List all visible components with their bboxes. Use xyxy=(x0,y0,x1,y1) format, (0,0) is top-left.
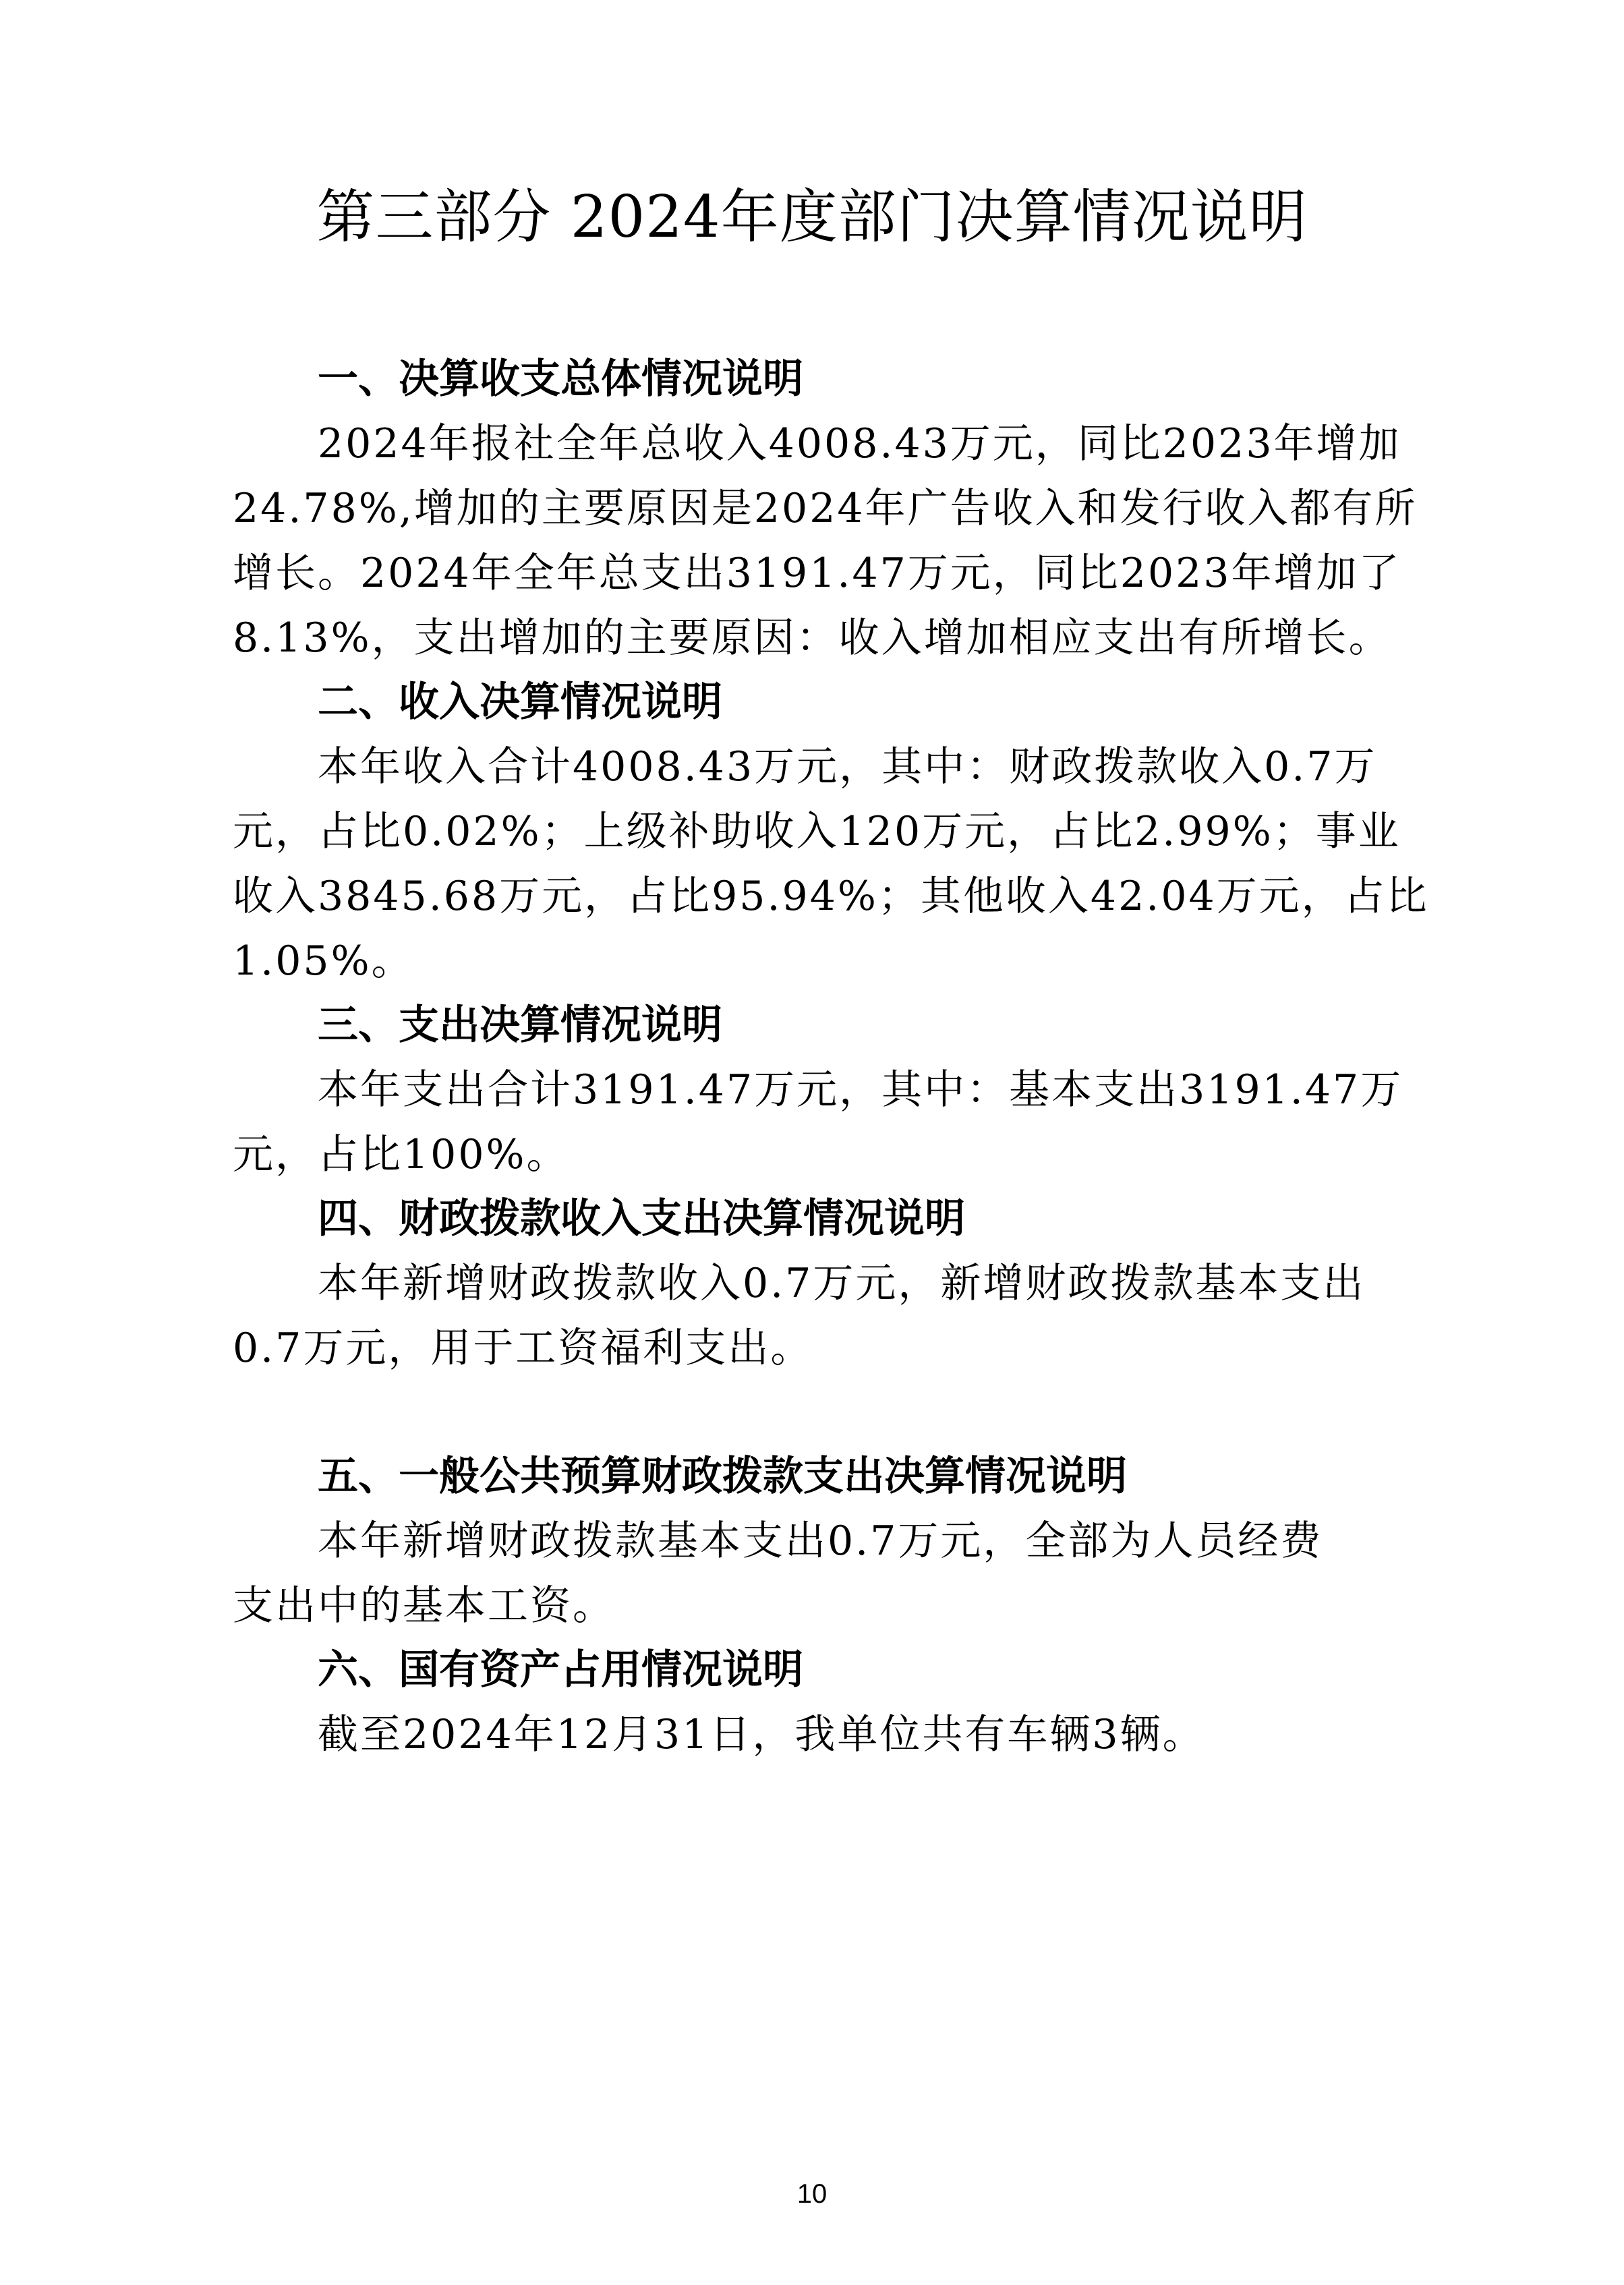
section-state-assets: 六、国有资产占用情况说明 截至2024年12月31日，我单位共有车辆3辆。 xyxy=(233,1638,1440,1767)
section-overall-summary: 一、决算收支总体情况说明 2024年报社全年总收入4008.43万元，同比202… xyxy=(233,347,1440,670)
document-page: 第三部分 2024年度部门决算情况说明 一、决算收支总体情况说明 2024年报社… xyxy=(0,0,1624,2285)
section-expenditure: 三、支出决算情况说明 本年支出合计3191.47万元，其中：基本支出3191.4… xyxy=(233,993,1440,1187)
section-heading: 三、支出决算情况说明 xyxy=(233,993,1440,1058)
paragraph-line: 截至2024年12月31日，我单位共有车辆3辆。 xyxy=(233,1702,1440,1767)
section-heading: 一、决算收支总体情况说明 xyxy=(233,347,1440,411)
paragraph-line: 本年支出合计3191.47万元，其中：基本支出3191.47万 xyxy=(233,1058,1440,1122)
section-heading: 二、收入决算情况说明 xyxy=(233,670,1440,734)
paragraph-line: 8.13%，支出增加的主要原因：收入增加相应支出有所增长。 xyxy=(233,606,1440,670)
paragraph-line: 2024年报社全年总收入4008.43万元，同比2023年增加 xyxy=(233,411,1440,476)
section-heading: 五、一般公共预算财政拨款支出决算情况说明 xyxy=(233,1445,1440,1509)
section-paragraph: 截至2024年12月31日，我单位共有车辆3辆。 xyxy=(233,1702,1440,1767)
document-body: 一、决算收支总体情况说明 2024年报社全年总收入4008.43万元，同比202… xyxy=(233,347,1440,1767)
section-heading: 四、财政拨款收入支出决算情况说明 xyxy=(233,1187,1440,1251)
paragraph-line: 1.05%。 xyxy=(233,929,1440,993)
paragraph-line: 本年收入合计4008.43万元，其中：财政拨款收入0.7万 xyxy=(233,734,1440,799)
section-paragraph: 2024年报社全年总收入4008.43万元，同比2023年增加 24.78%,增… xyxy=(233,411,1440,670)
paragraph-line: 元，占比0.02%；上级补助收入120万元，占比2.99%；事业 xyxy=(233,799,1440,864)
spacer xyxy=(233,1381,1440,1445)
paragraph-line: 元，占比100%。 xyxy=(233,1122,1440,1187)
section-paragraph: 本年新增财政拨款基本支出0.7万元，全部为人员经费 支出中的基本工资。 xyxy=(233,1509,1440,1638)
paragraph-line: 0.7万元，用于工资福利支出。 xyxy=(233,1316,1440,1381)
paragraph-line: 本年新增财政拨款收入0.7万元，新增财政拨款基本支出 xyxy=(233,1251,1440,1316)
paragraph-line: 收入3845.68万元，占比95.94%；其他收入42.04万元，占比 xyxy=(233,864,1440,929)
section-fiscal-appropriation: 四、财政拨款收入支出决算情况说明 本年新增财政拨款收入0.7万元，新增财政拨款基… xyxy=(233,1187,1440,1381)
paragraph-line: 支出中的基本工资。 xyxy=(233,1573,1440,1638)
section-paragraph: 本年支出合计3191.47万元，其中：基本支出3191.47万 元，占比100%… xyxy=(233,1058,1440,1187)
section-paragraph: 本年收入合计4008.43万元，其中：财政拨款收入0.7万 元，占比0.02%；… xyxy=(233,734,1440,993)
section-paragraph: 本年新增财政拨款收入0.7万元，新增财政拨款基本支出 0.7万元，用于工资福利支… xyxy=(233,1251,1440,1381)
section-general-public-budget: 五、一般公共预算财政拨款支出决算情况说明 本年新增财政拨款基本支出0.7万元，全… xyxy=(233,1445,1440,1638)
paragraph-line: 增长。2024年全年总支出3191.47万元，同比2023年增加了 xyxy=(233,541,1440,606)
paragraph-line: 本年新增财政拨款基本支出0.7万元，全部为人员经费 xyxy=(233,1509,1440,1573)
page-number: 10 xyxy=(0,2177,1624,2211)
page-title: 第三部分 2024年度部门决算情况说明 xyxy=(0,177,1624,258)
paragraph-line: 24.78%,增加的主要原因是2024年广告收入和发行收入都有所 xyxy=(233,476,1440,541)
section-income: 二、收入决算情况说明 本年收入合计4008.43万元，其中：财政拨款收入0.7万… xyxy=(233,670,1440,993)
section-heading: 六、国有资产占用情况说明 xyxy=(233,1638,1440,1702)
